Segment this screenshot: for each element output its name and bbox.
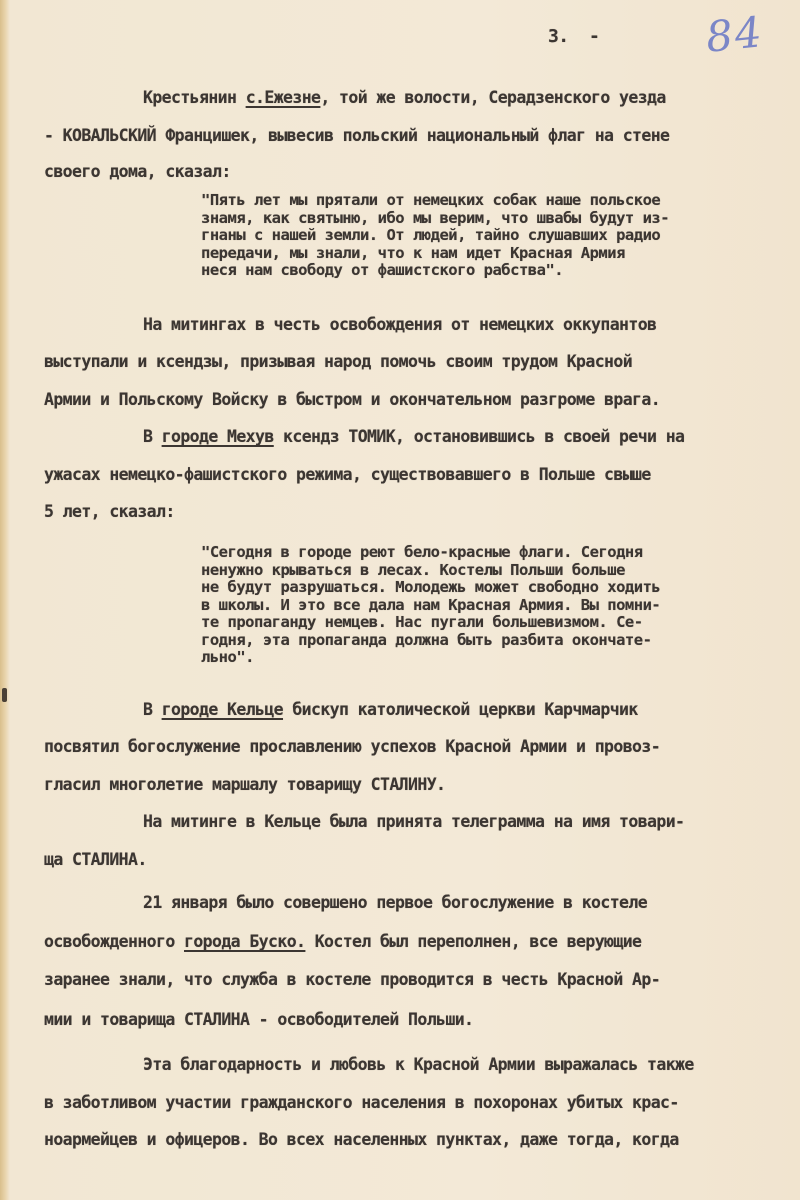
text-line: На митинге в Кельце была принята телегра…: [143, 812, 684, 831]
text-line: 21 января было совершено первое богослуж…: [143, 893, 647, 912]
text-span: Эта благодарность и любовь к Красной Арм…: [143, 1055, 694, 1074]
text-span: в заботливом участии гражданского населе…: [44, 1093, 679, 1112]
text-span: своего дома, сказал:: [44, 162, 231, 181]
text-span: Костел был переполнен, все верующие: [305, 932, 641, 951]
text-span: Крестьянин: [143, 88, 246, 107]
text-span: В: [143, 427, 162, 446]
text-line: В городе Кельце бискуп католической церк…: [143, 700, 638, 719]
typed-page-number: 3. -: [548, 26, 599, 47]
text-span: ужасах немецко-фашистского режима, сущес…: [44, 465, 651, 484]
text-span: В: [143, 700, 162, 719]
handwritten-page-number: 84: [704, 7, 766, 62]
text-span: 5 лет, сказал:: [44, 502, 175, 521]
text-span: 21 января было совершено первое богослуж…: [143, 893, 647, 912]
text-line: ужасах немецко-фашистского режима, сущес…: [44, 465, 651, 484]
text-line: На митингах в честь освобождения от неме…: [143, 315, 656, 334]
quote-tomik: "Сегодня в городе реют бело-красные флаг…: [201, 544, 660, 667]
text-line: освобожденного города Буско. Костел был …: [44, 932, 641, 951]
text-line: ща СТАЛИНА.: [44, 850, 147, 869]
text-span: , той же волости, Серадзенского уезда: [320, 88, 665, 107]
text-line: ноармейцев и офицеров. Во всех населенны…: [44, 1130, 679, 1149]
underlined-place-name: города Буско.: [184, 932, 305, 951]
text-span: ксендз ТОМИК, остановившись в своей речи…: [274, 427, 685, 446]
text-span: - КОВАЛЬСКИЙ Францишек, вывесив польский…: [44, 126, 669, 145]
text-span: На митинге в Кельце была принята телегра…: [143, 812, 684, 831]
underlined-place-name: городе Кельце: [162, 700, 283, 719]
text-span: мии и товарища СТАЛИНА - освободителей П…: [44, 1010, 473, 1029]
text-span: ноармейцев и офицеров. Во всех населенны…: [44, 1130, 679, 1149]
text-line: Армии и Польскому Войску в быстром и око…: [44, 390, 660, 409]
text-line: своего дома, сказал:: [44, 162, 231, 181]
scanned-page: 3. - 84 Крестьянин с.Ежезне, той же воло…: [0, 0, 800, 1200]
underlined-place-name: городе Мехув: [162, 427, 274, 446]
text-span: Армии и Польскому Войску в быстром и око…: [44, 390, 660, 409]
text-span: выступали и ксендзы, призывая народ помо…: [44, 352, 632, 371]
quote-kowalski: "Пять лет мы прятали от немецких собак н…: [201, 192, 669, 280]
text-span: гласил многолетие маршалу товарищу СТАЛИ…: [44, 775, 445, 794]
underlined-place-name: с.Ежезне: [246, 88, 321, 107]
binding-mark: [2, 688, 7, 702]
text-span: ща СТАЛИНА.: [44, 850, 147, 869]
text-line: Крестьянин с.Ежезне, той же волости, Сер…: [143, 88, 666, 107]
text-line: Эта благодарность и любовь к Красной Арм…: [143, 1055, 694, 1074]
text-line: заранее знали, что служба в костеле пров…: [44, 970, 660, 989]
text-line: 5 лет, сказал:: [44, 502, 175, 521]
text-line: выступали и ксендзы, призывая народ помо…: [44, 352, 632, 371]
text-line: в заботливом участии гражданского населе…: [44, 1093, 679, 1112]
text-line: посвятил богослужение прославлению успех…: [44, 737, 660, 756]
text-span: посвятил богослужение прославлению успех…: [44, 737, 660, 756]
text-span: На митингах в честь освобождения от неме…: [143, 315, 656, 334]
text-line: - КОВАЛЬСКИЙ Францишек, вывесив польский…: [44, 126, 669, 145]
text-line: мии и товарища СТАЛИНА - освободителей П…: [44, 1010, 473, 1029]
text-span: заранее знали, что служба в костеле пров…: [44, 970, 660, 989]
text-line: В городе Мехув ксендз ТОМИК, остановивши…: [143, 427, 684, 446]
text-span: бискуп католической церкви Карчмарчик: [283, 700, 638, 719]
text-span: освобожденного: [44, 932, 184, 951]
text-line: гласил многолетие маршалу товарищу СТАЛИ…: [44, 775, 445, 794]
